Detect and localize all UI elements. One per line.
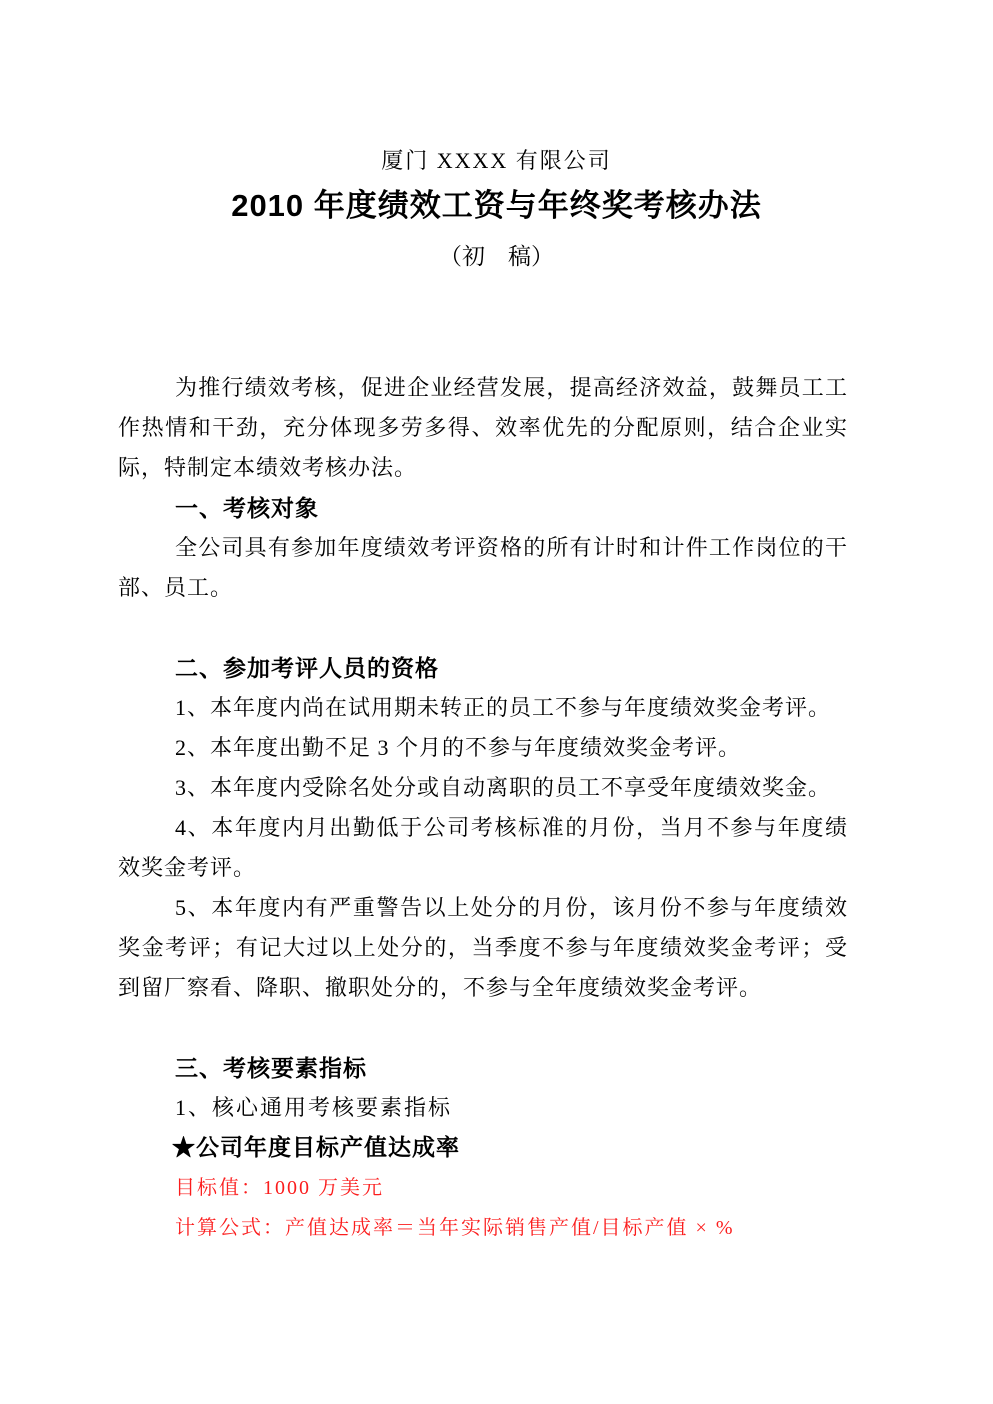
draft-label: （初 稿） — [118, 242, 875, 272]
section-2-heading: 二、参加考评人员的资格 — [175, 648, 848, 688]
star-indicator-line: ★公司年度目标产值达成率 — [172, 1128, 848, 1168]
document-page: 厦门 XXXX 有限公司 2010 年度绩效工资与年终奖考核办法 （初 稿） 为… — [0, 0, 993, 1404]
formula-line: 计算公式：产值达成率＝当年实际销售产值/目标产值 × % — [175, 1208, 848, 1248]
section-2-item-3: 3、本年度内受除名处分或自动离职的员工不享受年度绩效奖金。 — [118, 768, 848, 808]
company-name: 厦门 XXXX 有限公司 — [118, 146, 875, 176]
intro-paragraph: 为推行绩效考核，促进企业经营发展，提高经济效益，鼓舞员工工作热情和干劲，充分体现… — [118, 368, 848, 488]
section-2-item-2: 2、本年度出勤不足 3 个月的不参与年度绩效奖金考评。 — [118, 728, 848, 768]
section-1-paragraph: 全公司具有参加年度绩效考评资格的所有计时和计件工作岗位的干部、员工。 — [118, 528, 848, 608]
document-title: 2010 年度绩效工资与年终奖考核办法 — [118, 184, 875, 228]
section-3-heading: 三、考核要素指标 — [175, 1048, 848, 1088]
section-3-subheading: 1、核心通用考核要素指标 — [175, 1088, 848, 1128]
section-2-item-1: 1、本年度内尚在试用期未转正的员工不参与年度绩效奖金考评。 — [118, 688, 848, 728]
target-value-line: 目标值：1000 万美元 — [175, 1168, 848, 1208]
section-1-heading: 一、考核对象 — [175, 488, 848, 528]
section-2-item-4: 4、本年度内月出勤低于公司考核标准的月份，当月不参与年度绩效奖金考评。 — [118, 808, 848, 888]
section-2-item-5: 5、本年度内有严重警告以上处分的月份，该月份不参与年度绩效奖金考评；有记大过以上… — [118, 888, 848, 1008]
